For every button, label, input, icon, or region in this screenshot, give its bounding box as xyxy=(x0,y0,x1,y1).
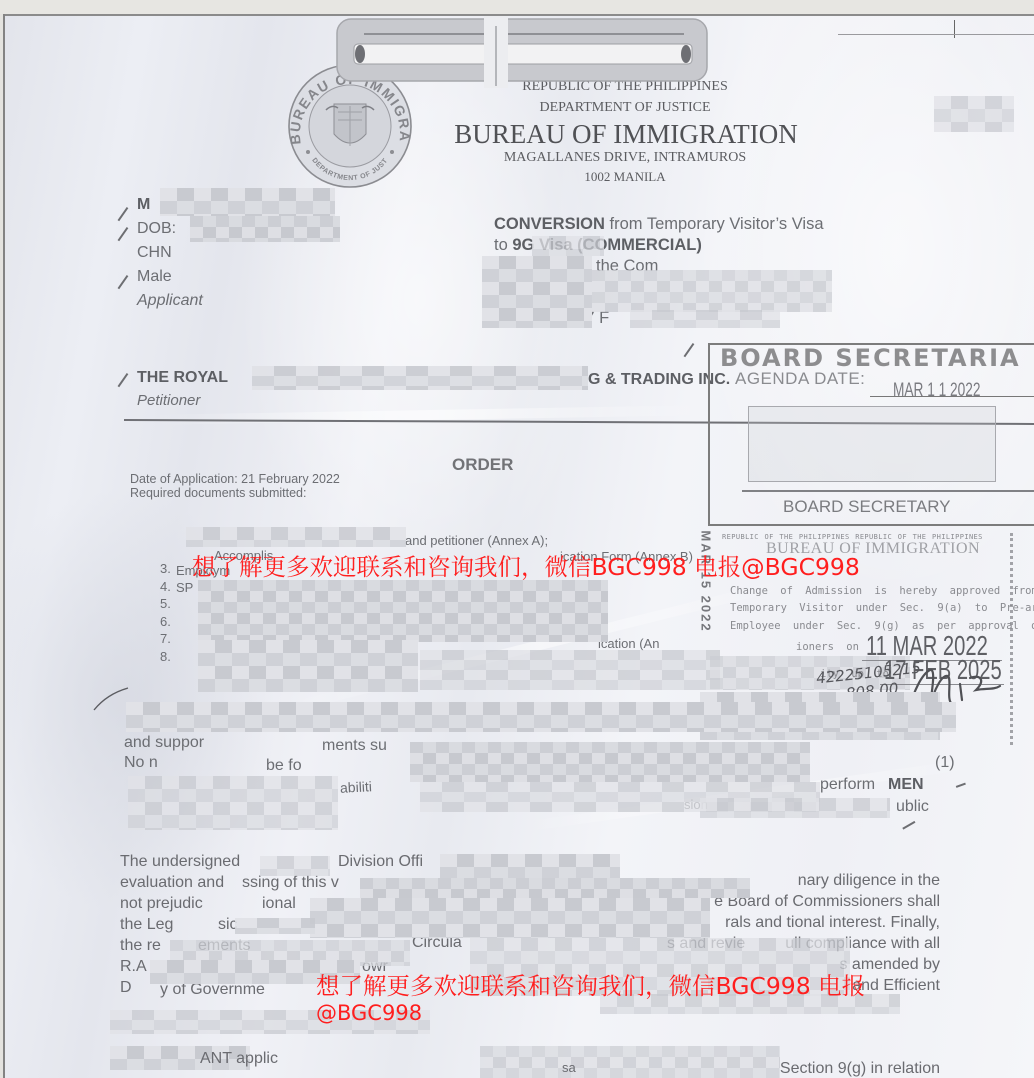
redacted-pixelation xyxy=(410,742,810,782)
contact-watermark: 想了解更多欢迎联系和咨询我们，微信BGC998 电报 xyxy=(316,973,865,999)
list-number: 8. xyxy=(160,649,171,664)
list-number: 4. xyxy=(160,579,171,594)
check-mark-icon xyxy=(118,227,128,241)
list-number: 7. xyxy=(160,631,171,646)
board-stamp-border xyxy=(708,524,1034,526)
header-department: DEPARTMENT OF JUSTICE xyxy=(0,100,1034,116)
redacted-pixelation xyxy=(360,878,750,898)
list-fragment: SP xyxy=(176,580,193,595)
list-fragment: and petitioner (Annex A); xyxy=(405,533,548,548)
body-fragment: No n xyxy=(124,754,158,772)
body-fragment: ments su xyxy=(322,737,387,755)
check-mark-icon xyxy=(956,783,966,788)
header-bureau-title: BUREAU OF IMMIGRATION xyxy=(0,119,1034,150)
body-fragment: abiliti xyxy=(340,778,373,796)
header-city: 1002 MANILA xyxy=(0,169,1034,185)
header-address: MAGALLANES DRIVE, INTRAMUROS xyxy=(0,150,1034,166)
redacted-pixelation xyxy=(252,366,588,390)
redacted-pixelation xyxy=(235,918,315,934)
petitioner-name-start: THE ROYAL xyxy=(137,369,228,387)
redacted-pixelation xyxy=(480,1046,780,1078)
check-mark-icon xyxy=(118,373,128,387)
redacted-pixelation xyxy=(128,776,338,830)
findings-left: the re xyxy=(120,937,161,955)
applicant-role-label: Applicant xyxy=(137,292,203,310)
redacted-pixelation xyxy=(532,236,604,256)
redacted-pixelation xyxy=(186,527,406,547)
redacted-pixelation xyxy=(310,898,710,938)
list-number: 3. xyxy=(160,561,171,576)
findings-left: R.A xyxy=(120,958,147,976)
applicant-name: M xyxy=(137,196,150,214)
findings-left: evaluation and xyxy=(120,874,224,892)
redacted-pixelation xyxy=(260,856,330,876)
list-number: 6. xyxy=(160,614,171,629)
agenda-date-label: AGENDA DATE: xyxy=(735,369,865,389)
board-stamp-border xyxy=(708,343,710,526)
redacted-pixelation xyxy=(592,270,832,312)
redacted-pixelation xyxy=(482,256,592,328)
redacted-pixelation xyxy=(700,798,890,818)
findings-right: nary diligence in the xyxy=(798,872,940,890)
findings-mid: Division Offi xyxy=(338,853,423,871)
received-stamp-date: MAR 15 2022 xyxy=(699,530,714,632)
date-of-application: Date of Application: 21 February 2022 xyxy=(130,472,340,486)
board-stamp-title: BOARD SECRETARIA xyxy=(720,344,1021,372)
redacted-pixelation xyxy=(630,310,780,328)
required-documents-label: Required documents submitted: xyxy=(130,486,306,500)
closing-left: ANT applic xyxy=(200,1050,278,1068)
applicant-nationality: CHN xyxy=(137,244,172,262)
to-word: to xyxy=(494,236,508,254)
applicant-sex: Male xyxy=(137,268,172,286)
pen-mark xyxy=(954,20,955,38)
redacted-pixelation xyxy=(420,650,720,690)
findings-left: The undersigned xyxy=(120,853,240,871)
case-conversion-line: CONVERSION from Temporary Visitor’s Visa xyxy=(494,215,824,234)
findings-right: rals and tional interest. Finally, xyxy=(725,914,940,932)
check-mark-icon xyxy=(118,275,128,289)
contact-watermark: 想了解更多欢迎联系和咨询我们，微信BGC998 电报@BGC998 xyxy=(192,554,860,580)
pen-mark xyxy=(92,684,132,714)
board-stamp-inner-box xyxy=(748,406,996,482)
agenda-date-underline xyxy=(870,396,1034,397)
findings-left: the Leg xyxy=(120,916,173,934)
approval-line-2: Temporary Visitor under Sec. 9(a) to Pre… xyxy=(730,602,1034,614)
body-fragment: MEN xyxy=(888,776,924,794)
findings-left: D xyxy=(120,979,132,997)
findings-left: not prejudic xyxy=(120,895,203,913)
contact-watermark-handle: @BGC998 xyxy=(316,1000,422,1026)
top-frame-strip xyxy=(0,0,1034,14)
board-signature-line xyxy=(742,490,1034,492)
redacted-pixelation xyxy=(934,96,1014,132)
board-secretary-label: BOARD SECRETARY xyxy=(783,497,951,517)
agenda-date-value: MAR 1 1 2022 xyxy=(893,380,1014,402)
approval-line-1: Change of Admission is hereby approved f… xyxy=(730,585,1034,597)
redacted-pixelation xyxy=(440,854,620,878)
conversion-description: from Temporary Visitor’s Visa xyxy=(610,215,824,233)
findings-right: and Efficient xyxy=(852,977,940,995)
redacted-pixelation xyxy=(160,188,335,216)
petitioner-role-label: Petitioner xyxy=(137,392,200,409)
scanned-document-page: BUREAU OF IMMIGRATION DEPARTMENT OF JUST… xyxy=(0,0,1034,1078)
dob-label: DOB: xyxy=(137,220,176,237)
body-fragment: ublic xyxy=(896,798,929,816)
check-mark-icon xyxy=(902,821,915,829)
check-mark-icon xyxy=(684,343,694,357)
conversion-label: CONVERSION xyxy=(494,215,605,233)
closing-mid: sa xyxy=(562,1060,576,1075)
approval-line-4: ioners on xyxy=(796,641,859,653)
check-mark-icon xyxy=(118,207,128,221)
body-fragment: perform xyxy=(820,776,875,794)
body-fragment: and suppor xyxy=(124,734,204,752)
redacted-pixelation xyxy=(126,702,956,732)
redacted-pixelation xyxy=(198,640,418,692)
redacted-pixelation xyxy=(198,580,608,642)
closing-right: Section 9(g) in relation xyxy=(780,1060,940,1078)
binder-clip-icon xyxy=(334,16,712,88)
list-number: 5. xyxy=(160,596,171,611)
body-fragment: be fo xyxy=(266,757,302,775)
pen-mark xyxy=(838,34,1034,35)
findings-mid: ssing of this v xyxy=(242,874,339,892)
body-fragment: (1) xyxy=(935,754,955,772)
findings-mid: ional xyxy=(262,895,296,913)
order-title: ORDER xyxy=(452,455,513,475)
redacted-pixelation xyxy=(190,216,340,242)
